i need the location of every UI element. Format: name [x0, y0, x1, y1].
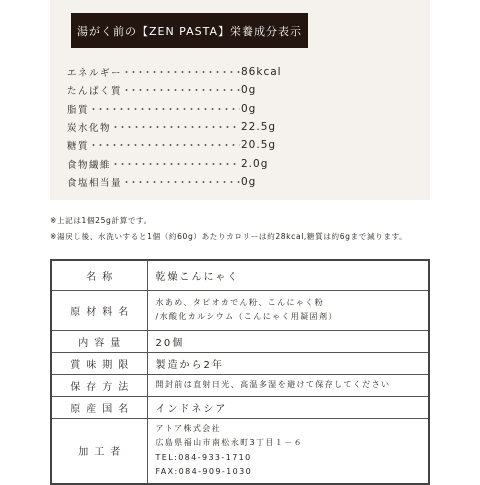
spec-key: 保存方法 [51, 374, 147, 396]
company-tel: TEL:084-933-1710 [156, 451, 429, 466]
nutrition-label: 食塩相当量 [67, 175, 122, 189]
spec-key: 名称 [51, 260, 147, 290]
company-name: アトア株式会社 [156, 422, 429, 437]
spec-value: 製造から2年 [147, 352, 429, 374]
table-row: 原産国名 インドネシア [51, 396, 429, 418]
nutrition-value: 2.0g [241, 158, 297, 170]
dot-leader [123, 89, 240, 91]
spec-value-line: /水酸化カルシウム（こんにゃく用凝固剤） [156, 310, 429, 324]
table-row: 原材料名 水あめ、タピオカでん粉、こんにゃく粉 /水酸化カルシウム（こんにゃく用… [51, 290, 429, 330]
nutrition-row-carbohydrate: 炭水化物 22.5g [67, 118, 297, 136]
nutrition-label: 食物繊維 [67, 157, 111, 171]
spec-key: 原材料名 [51, 290, 147, 330]
nutrition-list: エネルギー 86kcal たんぱく質 0g 脂質 0g 炭水化物 22.5g 糖… [67, 63, 297, 191]
spec-value: 20個 [147, 330, 429, 352]
spec-value: アトア株式会社 広島県福山市南松永町3丁目１－６ TEL:084-933-171… [147, 418, 429, 480]
footnotes: ※上記は1個25g計算です。 ※湯戻し後、水洗いすると1個（約60g）あたりカロ… [50, 213, 480, 245]
table-row: 保存方法 開封前は直射日光、高温多湿を避けて保存してください [51, 374, 429, 396]
spec-value: 水あめ、タピオカでん粉、こんにゃく粉 /水酸化カルシウム（こんにゃく用凝固剤） [147, 290, 429, 330]
spec-value-line: 水あめ、タピオカでん粉、こんにゃく粉 [156, 296, 429, 310]
spec-value: 開封前は直射日光、高温多湿を避けて保存してください [147, 374, 429, 396]
nutrition-label: 脂質 [67, 102, 89, 116]
nutrition-value: 20.5g [241, 139, 297, 151]
dot-leader [123, 181, 240, 183]
footnote: ※湯戻し後、水洗いすると1個（約60g）あたりカロリーは約28kcal,糖質は約… [50, 229, 480, 245]
nutrition-value: 0g [241, 176, 297, 188]
dot-leader [90, 144, 240, 146]
nutrition-label: たんぱく質 [67, 83, 122, 97]
nutrition-label: 炭水化物 [67, 120, 111, 134]
nutrition-value: 86kcal [241, 66, 297, 78]
nutrition-row-protein: たんぱく質 0g [67, 81, 297, 99]
company-address: 広島県福山市南松永町3丁目１－６ [156, 436, 429, 451]
table-row: 名称 乾燥こんにゃく [51, 260, 429, 290]
dot-leader [123, 71, 240, 73]
footnote: ※上記は1個25g計算です。 [50, 213, 480, 229]
nutrition-row-energy: エネルギー 86kcal [67, 63, 297, 81]
company-fax: FAX:084-909-1030 [156, 465, 429, 480]
spec-key: 内容量 [51, 330, 147, 352]
nutrition-value: 0g [241, 84, 297, 96]
nutrition-title: 湯がく前の【ZEN PASTA】栄養成分表示 [77, 23, 302, 39]
nutrition-label: エネルギー [67, 65, 122, 79]
nutrition-header: 湯がく前の【ZEN PASTA】栄養成分表示 [71, 13, 308, 48]
dot-leader [112, 126, 240, 128]
nutrition-row-fiber: 食物繊維 2.0g [67, 154, 297, 172]
nutrition-label: 糖質 [67, 138, 89, 152]
nutrition-row-fat: 脂質 0g [67, 100, 297, 118]
dot-leader [90, 108, 240, 110]
nutrition-row-sugar: 糖質 20.5g [67, 136, 297, 154]
product-spec-table: 名称 乾燥こんにゃく 原材料名 水あめ、タピオカでん粉、こんにゃく粉 /水酸化カ… [50, 259, 430, 480]
nutrition-row-salt: 食塩相当量 0g [67, 173, 297, 191]
table-row: 賞味期限 製造から2年 [51, 352, 429, 374]
table-row: 内容量 20個 [51, 330, 429, 352]
spec-key: 原産国名 [51, 396, 147, 418]
spec-key: 加工者 [51, 418, 147, 480]
spec-value: インドネシア [147, 396, 429, 418]
dot-leader [112, 163, 240, 165]
spec-value: 乾燥こんにゃく [147, 260, 429, 290]
table-row: 加工者 アトア株式会社 広島県福山市南松永町3丁目１－６ TEL:084-933… [51, 418, 429, 480]
nutrition-value: 0g [241, 103, 297, 115]
spec-key: 賞味期限 [51, 352, 147, 374]
nutrition-value: 22.5g [241, 121, 297, 133]
